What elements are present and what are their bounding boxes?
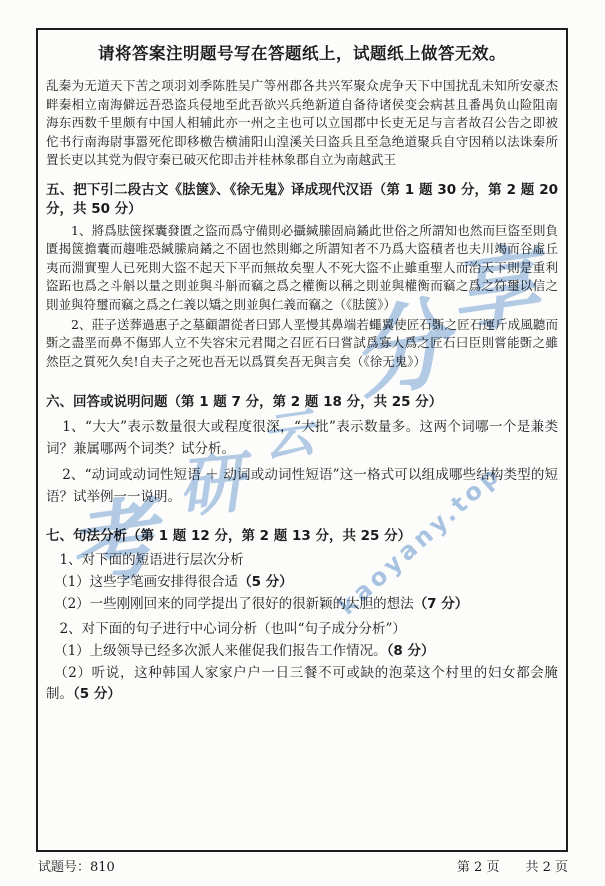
q1-item-2-score: （7 分） [414, 596, 469, 612]
page-footer: 试题号：810 第 2 页 共 2 页 [38, 856, 568, 875]
section-6-question-1: 1、“大大”表示数量很大或程度很深，“大批”表示数量多。这两个词哪一个是兼类词？… [46, 416, 558, 461]
section-7-q2-intro: 2、对下面的句子进行中心词分析（也叫“句子成分分析”） [46, 619, 558, 640]
q2-item-1-score: （8 分） [387, 643, 435, 659]
section-6-question-2: 2、“动词或动词性短语 ＋ 动词或动词性短语”这一格式可以组成哪些结构类型的短语… [46, 464, 558, 509]
q2-item-2-score: （5 分） [73, 686, 121, 702]
section-7-q1-intro: 1、对下面的短语进行层次分析 [46, 550, 558, 571]
section-7-q2-item-2: （2）听说，这种韩国人家家户户一日三餐不可或缺的泡菜这个村里的妇女都会腌制。（5… [46, 663, 558, 705]
section-5-translation-item-1: 1、將爲胠箧探囊發匱之盜而爲守備則必攝緘縢固扃鐍此世俗之所謂知也然而巨盜至則負匱… [46, 222, 558, 314]
q1-item-2-text: （2）一些刚刚回来的同学提出了很好的很新颖的大胆的想法 [54, 596, 414, 612]
section-7-q2-item-1: （1）上级领导已经多次派人来催促我们报告工作情况。（8 分） [46, 641, 558, 662]
exam-sheet-border: 请将答案注明题号写在答题纸上，试题纸上做答无效。 乱秦为无道天下苦之项羽刘季陈胜… [36, 28, 568, 852]
paper-number: 试题号：810 [38, 856, 115, 875]
q1-item-1-text: （1）这些字笔画安排得很合适 [54, 574, 238, 590]
q1-item-1-score: （5 分） [238, 574, 293, 590]
section-6-heading: 六、回答或说明问题（第 1 题 7 分，第 2 题 18 分，共 25 分） [46, 393, 558, 413]
page-indicator: 第 2 页 共 2 页 [457, 856, 568, 875]
section-7-q1-item-1: （1）这些字笔画安排得很合适（5 分） [46, 572, 558, 593]
section-5-translation-item-2: 2、莊子送葬過惠子之墓顧謂從者曰郢人垩慢其鼻端若蠅翼使匠石斲之匠石運斤成風聽而斲… [46, 316, 558, 371]
section-5-heading: 五、把下引二段古文《胠箧》、《徐无鬼》译成现代汉语（第 1 题 30 分，第 2… [46, 181, 558, 220]
q2-item-2-text: （2）听说，这种韩国人家家户户一日三餐不可或缺的泡菜这个村里的妇女都会腌制。 [46, 665, 558, 702]
section-7-heading: 七、句法分析（第 1 题 12 分，第 2 题 13 分，共 25 分） [46, 527, 558, 547]
answer-sheet-notice: 请将答案注明题号写在答题纸上，试题纸上做答无效。 [46, 40, 558, 64]
classical-intro-passage: 乱秦为无道天下苦之项羽刘季陈胜吴广等州郡各共兴军聚众虎争天下中国扰乱未知所安豪杰… [46, 77, 558, 170]
q2-item-1-text: （1）上级领导已经多次派人来催促我们报告工作情况。 [54, 643, 387, 659]
section-7-q1-item-2: （2）一些刚刚回来的同学提出了很好的很新颖的大胆的想法（7 分） [46, 594, 558, 615]
